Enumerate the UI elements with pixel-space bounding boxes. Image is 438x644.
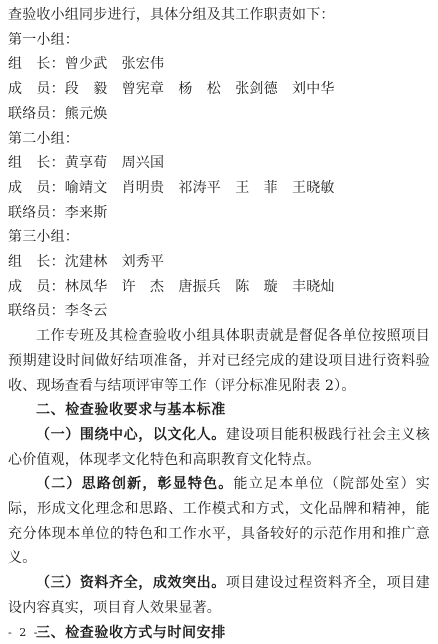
section-3-heading: 三、检查验收方式与时间安排 xyxy=(8,621,430,644)
section-2-item-1-lead: （一）围绕中心，以文化人。 xyxy=(36,427,226,443)
group-2-leader: 组 长：黄享荀 周兴国 xyxy=(8,151,430,176)
page-number: - 2 - xyxy=(8,626,39,639)
paragraph-continuation: 查验收小组同步进行，具体分组及其工作职责如下： xyxy=(8,3,430,28)
section-2-item-2: （二）思路创新，彰显特色。能立足本单位（院部处室）实际，形成文化理念和思路、工作… xyxy=(8,472,430,571)
group-3-leader: 组 长：沈建林 刘秀平 xyxy=(8,250,430,275)
document-page: 查验收小组同步进行，具体分组及其工作职责如下： 第一小组： 组 长：曾少武 张宏… xyxy=(0,0,438,644)
section-2-item-3: （三）资料齐全，成效突出。项目建设过程资料齐全，项目建设内容真实，项目育人效果显… xyxy=(8,571,430,620)
group-3-members: 成 员：林凤华 许 杰 唐振兵 陈 璇 丰晓灿 xyxy=(8,275,430,300)
section-2-item-1: （一）围绕中心，以文化人。建设项目能积极践行社会主义核心价值观，体现孝文化特色和… xyxy=(8,423,430,472)
group-3-liaison: 联络员：李冬云 xyxy=(8,299,430,324)
group-2-liaison: 联络员：李来斯 xyxy=(8,201,430,226)
group-1-members: 成 员：段 毅 曾宪章 杨 松 张剑德 刘中华 xyxy=(8,77,430,102)
section-2-item-3-lead: （三）资料齐全，成效突出。 xyxy=(36,575,226,591)
duties-paragraph: 工作专班及其检查验收小组具体职责就是督促各单位按照项目预期建设时间做好结项准备，… xyxy=(8,324,430,398)
section-2-heading: 二、检查验收要求与基本标准 xyxy=(8,398,430,423)
group-2-title: 第二小组： xyxy=(8,127,430,152)
group-1-leader: 组 长：曾少武 张宏伟 xyxy=(8,52,430,77)
group-1-title: 第一小组： xyxy=(8,28,430,53)
section-2-item-2-lead: （二）思路创新，彰显特色。 xyxy=(36,476,234,492)
group-1-liaison: 联络员：熊元焕 xyxy=(8,102,430,127)
group-3-title: 第三小组： xyxy=(8,225,430,250)
group-2-members: 成 员：喻靖文 肖明贵 祁涛平 王 菲 王晓敏 xyxy=(8,176,430,201)
document-body: 查验收小组同步进行，具体分组及其工作职责如下： 第一小组： 组 长：曾少武 张宏… xyxy=(8,3,430,644)
